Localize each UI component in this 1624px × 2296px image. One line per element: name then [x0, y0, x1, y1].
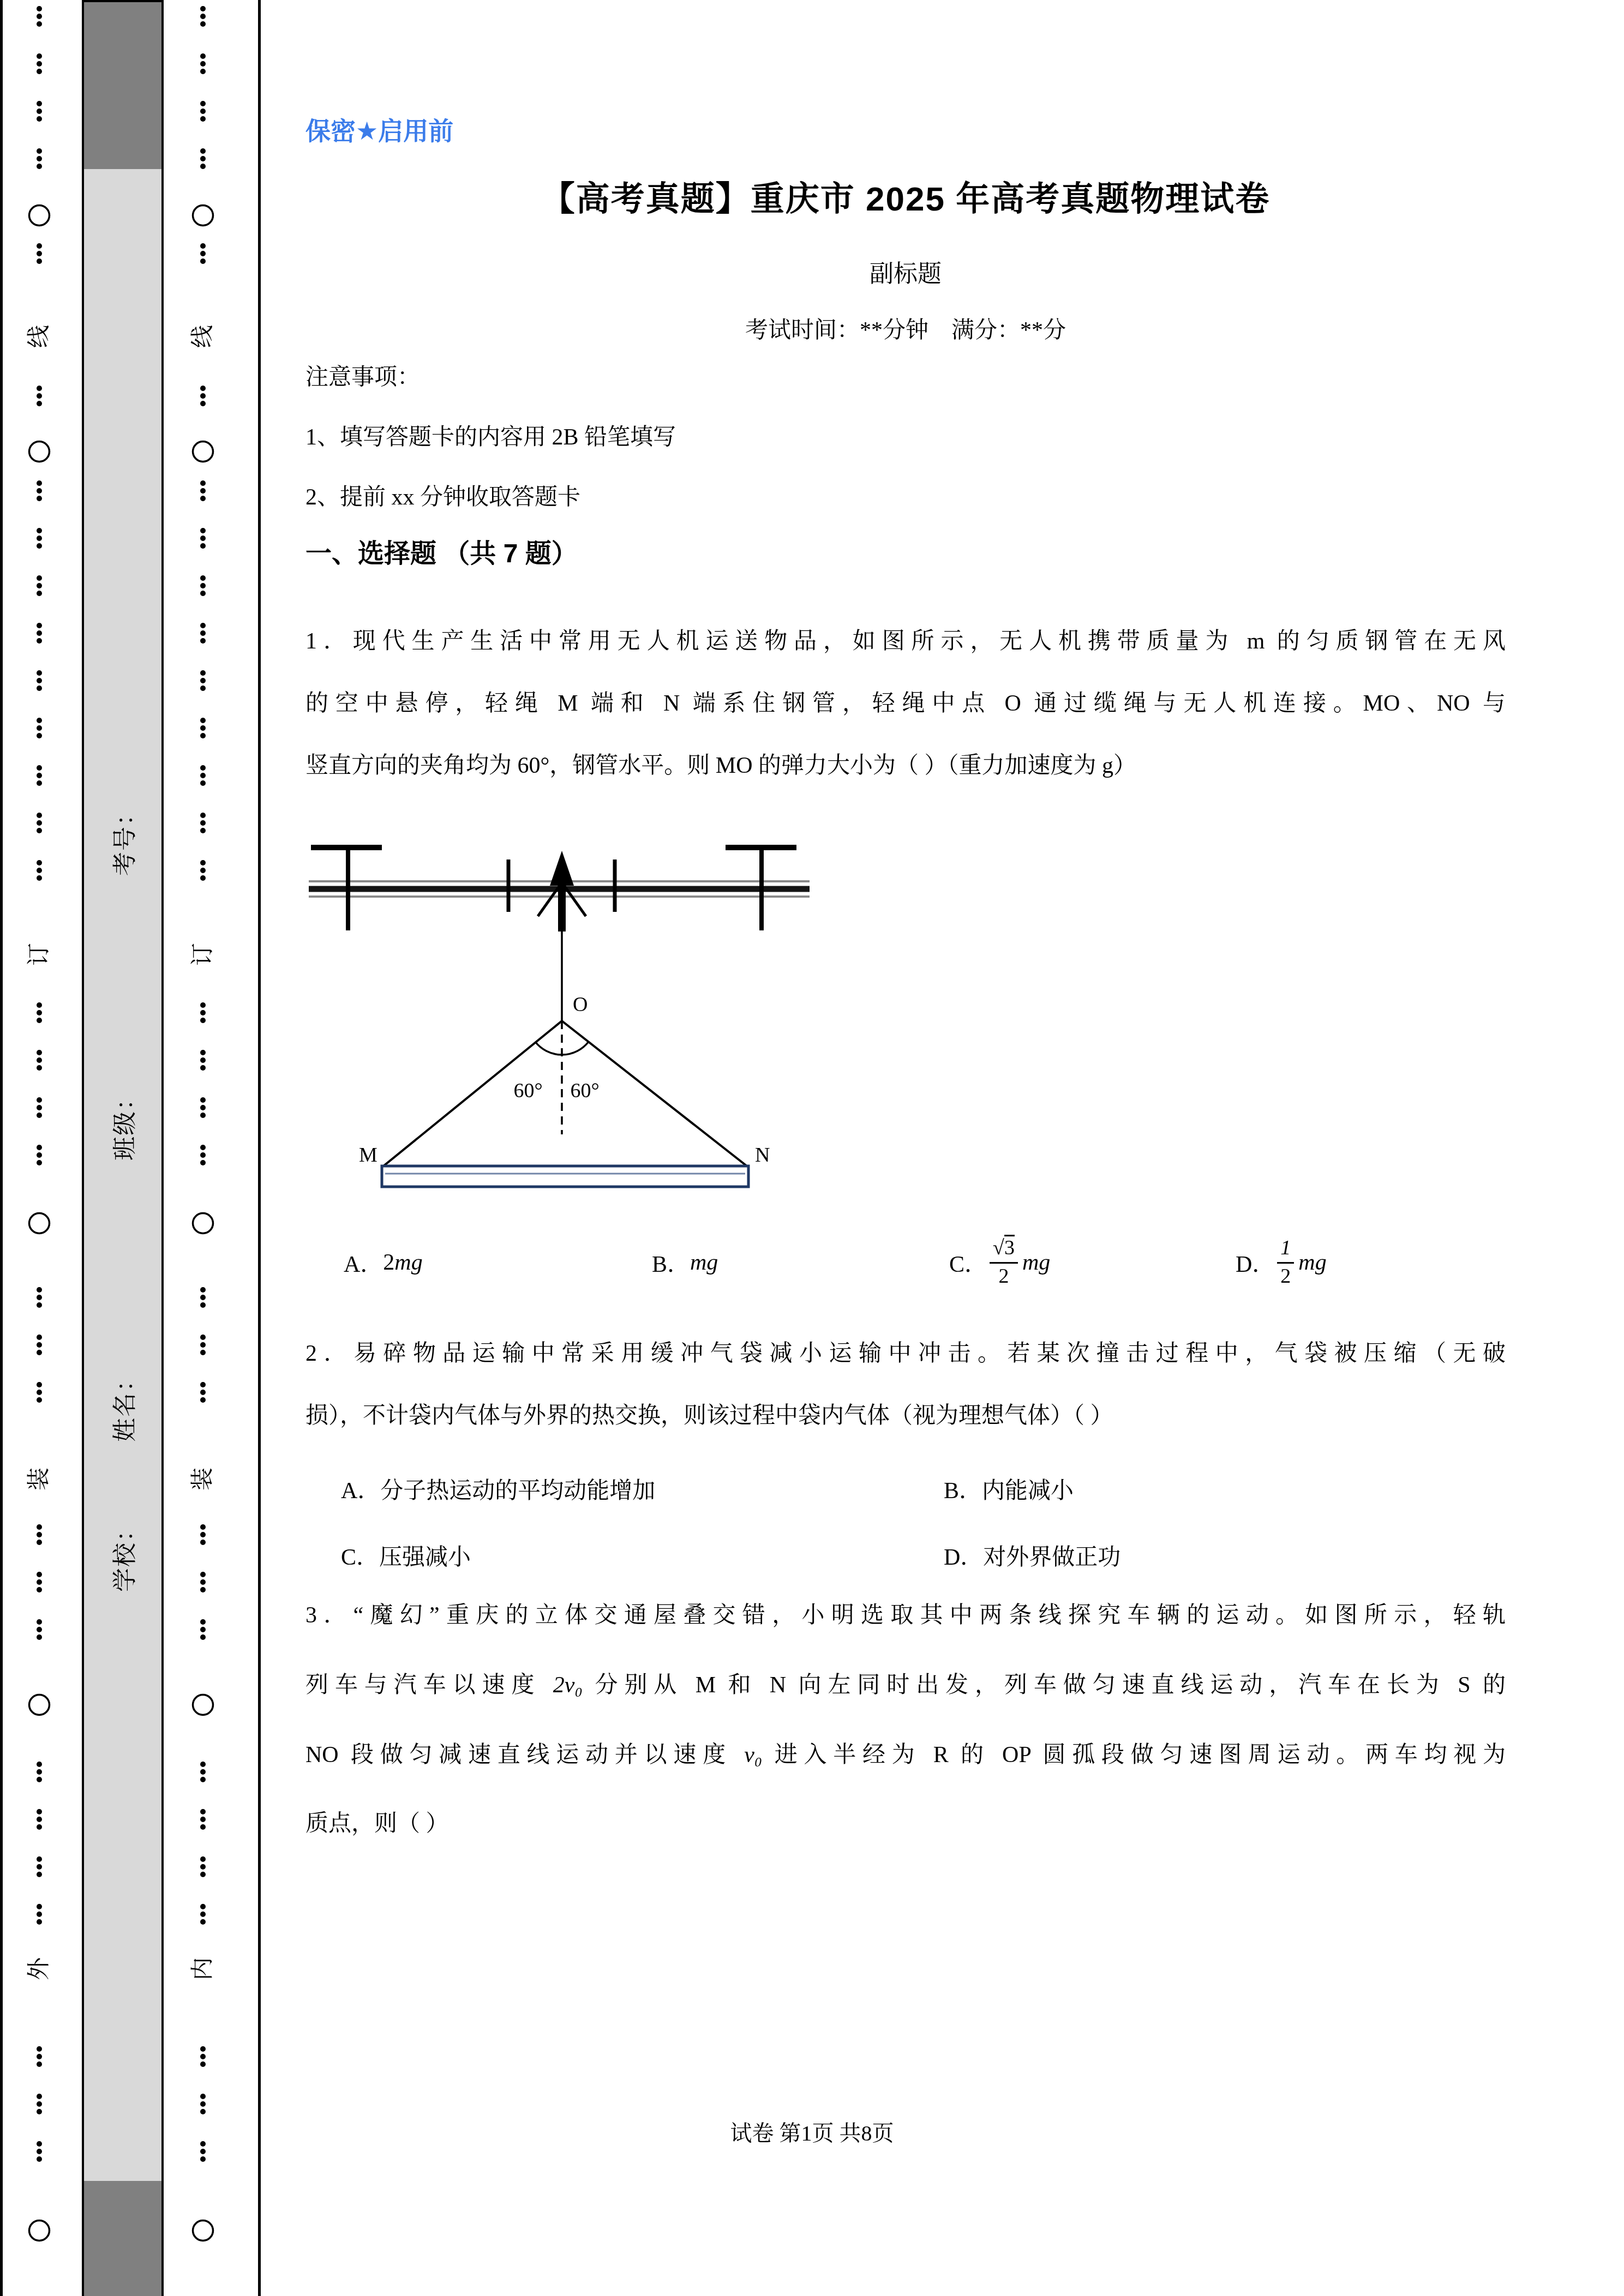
page-title: 【高考真题】重庆市 2025 年高考真题物理试卷 [305, 180, 1506, 219]
strip-dark-bottom-block [84, 2181, 161, 2296]
dash-dot-group [37, 480, 42, 501]
dash-dot-group [200, 1335, 206, 1355]
binding-info-strip: 考号：班级：姓名：学校： [82, 0, 164, 2296]
dash-dot-group [200, 53, 206, 74]
q3-l3-pre: NO 段做匀减速直线运动并以速度 [305, 1742, 744, 1768]
dash-dot-group [37, 2094, 42, 2114]
dash-dot-group [37, 243, 42, 264]
dash-dot-group [200, 1904, 206, 1925]
dash-dot-group [37, 860, 42, 881]
dash-dot-group [37, 6, 42, 27]
dash-dot-group [37, 1097, 42, 1118]
note-line-1: 1、填写答题卡的内容用 2B 铅笔填写 [305, 424, 1506, 450]
strip-dark-top-block [84, 2, 161, 169]
page-subtitle: 副标题 [305, 261, 1506, 288]
binding-field-label-2: 姓名： [105, 1367, 140, 1442]
q3-l2-post: 分别从 M 和 N 向左同时出发，列车做匀速直线运动，汽车在长为 S 的 [583, 1673, 1506, 1698]
dash-dot-group [200, 1050, 206, 1071]
dash-dot-group [200, 243, 206, 264]
dash-dot-group [200, 1572, 206, 1592]
dash-dot-group [200, 670, 206, 691]
q1-option-a: A．2mg [344, 1246, 423, 1279]
q1-option-b: B．mg [652, 1246, 718, 1279]
binding-circle-mark [193, 2221, 213, 2241]
q1-options-row: A．2mg B．mg C． √3 2 mg D． 1 2 mg [305, 1222, 1511, 1303]
fraction-sqrt3-over-2: √3 2 [990, 1237, 1018, 1288]
dash-dot-group [37, 1050, 42, 1071]
option-symbol: mg [1298, 1249, 1326, 1276]
q1-drone-figure: O 60° 60° M N [305, 829, 829, 1194]
dash-dot-group [37, 2046, 42, 2067]
fraction-1-over-2: 1 2 [1277, 1237, 1294, 1288]
dash-dot-group [200, 1382, 206, 1403]
dash-dot-group [200, 101, 206, 122]
option-letter: B． [652, 1246, 690, 1279]
option-letter: C． [949, 1246, 987, 1279]
dash-dot-group [37, 575, 42, 596]
binding-circle-mark [29, 1695, 50, 1715]
binding-circle-mark [29, 206, 50, 226]
dash-dot-group [37, 813, 42, 833]
binding-circle-mark [29, 1213, 50, 1234]
dash-dot-group [37, 1524, 42, 1545]
binding-field-label-0: 考号： [105, 801, 140, 876]
q3-text-line-1: 3．“魔幻”重庆的立体交通屋叠交错，小明选取其中两条线探究车辆的运动。如图所示，… [305, 1602, 1506, 1628]
dash-dot-group [200, 1287, 206, 1308]
q2-text-line-1: 2．易碎物品运输中常采用缓冲气袋减小运输中冲击。若某次撞击过程中，气袋被压缩（无… [305, 1341, 1506, 1367]
section-heading: 一、选择题 （共 7 题） [305, 539, 1506, 569]
dash-dot-group [37, 386, 42, 406]
q2-option-a: A．分子热运动的平均动能增加 [341, 1472, 655, 1505]
binding-char-inner: 订 [190, 943, 215, 966]
q2-option-b: B．内能减小 [944, 1472, 1074, 1505]
dash-dot-group [37, 765, 42, 786]
dash-dot-group [200, 718, 206, 738]
lift-arrow-head [550, 851, 574, 886]
option-letter: D． [1236, 1246, 1275, 1279]
dash-dot-group [37, 1335, 42, 1355]
dash-dot-group [37, 101, 42, 122]
dash-dot-group [200, 1809, 206, 1830]
binding-char-outer: 装 [27, 1468, 52, 1490]
steel-pipe [382, 1166, 748, 1187]
figure-label-o: O [573, 993, 588, 1016]
q3-text-line-2: 列车与汽车以速度 2v₀ 分别从 M 和 N 向左同时出发，列车做匀速直线运动，… [305, 1672, 1506, 1698]
page-footer: 试卷 第1页 共8页 [0, 2116, 1624, 2147]
figure-label-n: N [755, 1144, 770, 1167]
binding-char-inner: 线 [190, 325, 215, 348]
secret-banner: 保密★启用前 [305, 117, 1506, 146]
binding-column-inner: 线订装内 [190, 6, 215, 2241]
dash-dot-group [200, 1524, 206, 1545]
binding-char-outer: 订 [27, 943, 52, 966]
dash-dot-group [37, 718, 42, 738]
binding-inner-border-line [258, 0, 261, 2296]
angle-label-right: 60° [570, 1079, 599, 1102]
dash-dot-group [37, 528, 42, 549]
angle-label-left: 60° [513, 1079, 542, 1102]
dash-dot-group [200, 528, 206, 549]
option-symbol: mg [394, 1249, 422, 1276]
binding-field-label-1: 班级： [105, 1085, 140, 1161]
dash-dot-group [37, 1809, 42, 1830]
dash-dot-group [200, 765, 206, 786]
dash-dot-group [37, 1145, 42, 1165]
binding-column-outer: 线订装外 [27, 6, 52, 2241]
q1-option-d: D． 1 2 mg [1236, 1237, 1327, 1288]
dash-dot-group [37, 1856, 42, 1877]
dash-dot-group [37, 1002, 42, 1023]
binding-circle-mark [193, 442, 213, 462]
fraction-numerator: 1 [1277, 1237, 1294, 1264]
dash-dot-group [200, 2094, 206, 2114]
binding-char-inner: 内 [190, 1957, 215, 1980]
q2-text-line-2: 损），不计袋内气体与外界的热交换，则该过程中袋内气体（视为理想气体）（ ） [305, 1403, 1506, 1429]
dash-dot-group [200, 1762, 206, 1782]
q1-text-line-3: 竖直方向的夹角均为 60°，钢管水平。则 MO 的弹力大小为（ ）（重力加速度为… [305, 753, 1506, 779]
dash-dot-group [200, 6, 206, 27]
binding-circle-mark [29, 2221, 50, 2241]
strip-light-middle-block [84, 169, 161, 2181]
fraction-numerator: √3 [990, 1237, 1018, 1264]
lift-arrow-shaft [558, 882, 566, 931]
q1-text-line-1: 1．现代生产生活中常用无人机运送物品，如图所示，无人机携带质量为 m 的匀质钢管… [305, 628, 1506, 654]
dash-dot-group [200, 1097, 206, 1118]
fraction-denominator: 2 [1280, 1264, 1291, 1288]
binding-circle-mark [193, 206, 213, 226]
dash-dot-group [200, 575, 206, 596]
dash-dot-group [37, 1619, 42, 1640]
option-symbol: mg [1022, 1249, 1050, 1276]
dash-dot-group [37, 1572, 42, 1592]
option-coefficient: 2 [383, 1249, 394, 1276]
q1-option-c: C． √3 2 mg [949, 1237, 1050, 1288]
exam-info-line: 考试时间：**分钟 满分：**分 [305, 317, 1506, 344]
dash-dot-group [200, 386, 206, 406]
notes-heading: 注意事项： [305, 364, 1506, 390]
q3-l2-pre: 列车与汽车以速度 [305, 1673, 553, 1698]
binding-circle-mark [193, 1213, 213, 1234]
binding-char-outer: 线 [27, 325, 52, 348]
q2-option-d: D．对外界做正功 [944, 1539, 1120, 1572]
dash-dot-group [37, 148, 42, 169]
dash-dot-group [200, 813, 206, 833]
dash-dot-group [200, 2046, 206, 2067]
sqrt-sign: √ [993, 1236, 1004, 1259]
note-line-2: 2、提前 xx 分钟收取答题卡 [305, 484, 1506, 510]
binding-char-outer: 外 [27, 1957, 52, 1980]
dash-dot-group [200, 1856, 206, 1877]
dash-dot-group [200, 480, 206, 501]
sqrt-radicand: 3 [1004, 1235, 1015, 1259]
q3-text-line-3: NO 段做匀减速直线运动并以速度 v₀ 进入半经为 R 的 OP 圆孤段做匀速图… [305, 1742, 1506, 1768]
dash-dot-group [37, 623, 42, 644]
dash-dot-group [37, 53, 42, 74]
dash-dot-group [200, 1145, 206, 1165]
option-letter: A． [344, 1246, 383, 1279]
fraction-denominator: 2 [998, 1264, 1009, 1288]
binding-circle-mark [29, 442, 50, 462]
dash-dot-group [200, 1619, 206, 1640]
q3-l2-math: 2v₀ [553, 1673, 583, 1698]
dash-dot-group [200, 1002, 206, 1023]
q1-text-line-2: 的空中悬停，轻绳 M 端和 N 端系住钢管，轻绳中点 O 通过缆绳与无人机连接。… [305, 690, 1506, 717]
binding-char-inner: 装 [190, 1468, 215, 1490]
dash-dot-group [37, 1904, 42, 1925]
dash-dot-group [37, 1382, 42, 1403]
q2-option-c: C．压强减小 [341, 1539, 471, 1572]
binding-field-label-3: 学校： [105, 1517, 140, 1592]
option-symbol: mg [690, 1249, 718, 1276]
q3-l3-post: 进入半经为 R 的 OP 圆孤段做匀速图周运动。两车均视为 [762, 1742, 1506, 1768]
dash-dot-group [37, 1762, 42, 1782]
q3-text-line-4: 质点，则（ ） [305, 1811, 1506, 1837]
dash-dot-group [37, 1287, 42, 1308]
q3-l3-math: v₀ [744, 1742, 762, 1768]
dash-dot-group [200, 148, 206, 169]
dash-dot-group [200, 860, 206, 881]
dash-dot-group [200, 623, 206, 644]
binding-circle-mark [193, 1695, 213, 1715]
dash-dot-group [37, 670, 42, 691]
figure-label-m: M [359, 1144, 377, 1167]
